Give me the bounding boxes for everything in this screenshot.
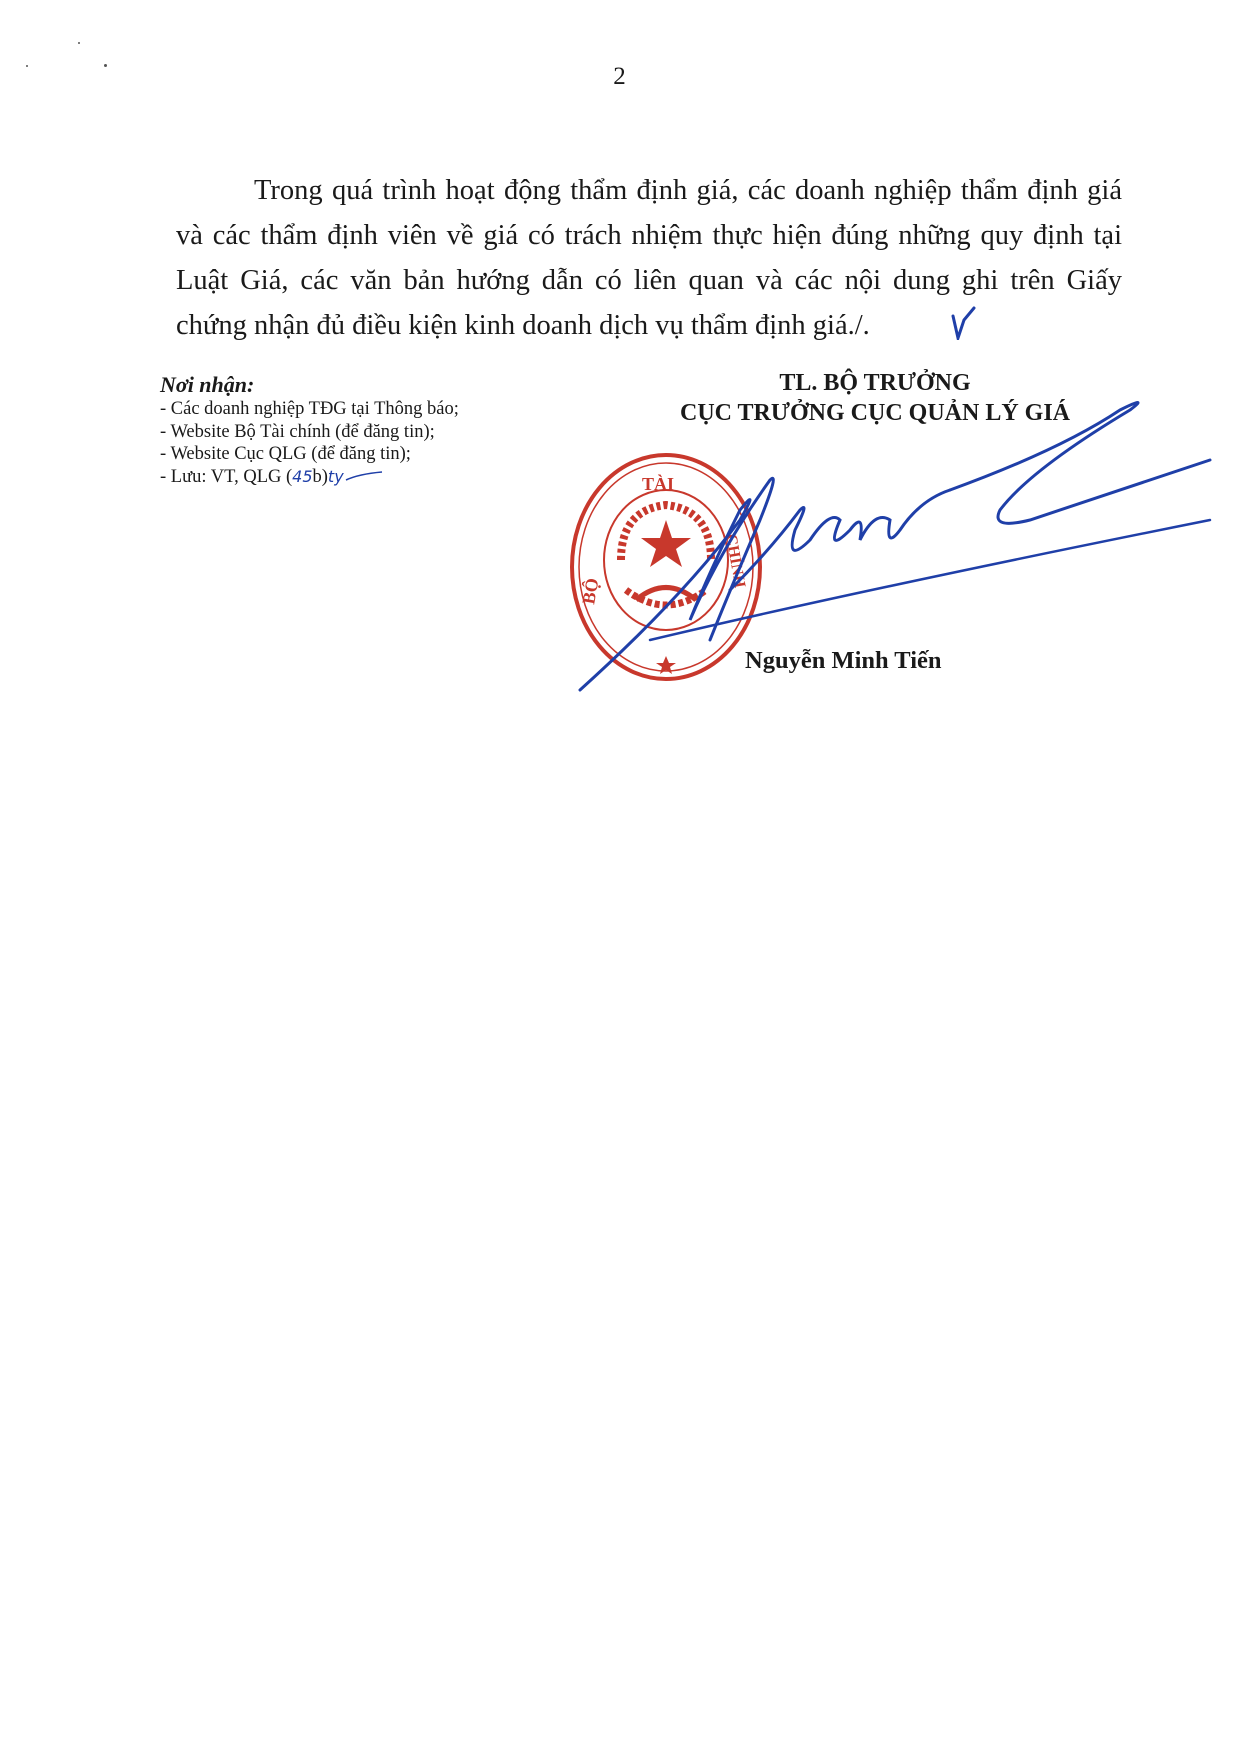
recipients-title: Nơi nhận: bbox=[160, 372, 580, 398]
checkmark-icon bbox=[872, 306, 976, 354]
recipients-list: Nơi nhận: - Các doanh nghiệp TĐG tại Thô… bbox=[160, 372, 580, 488]
initials-stroke-icon bbox=[344, 470, 384, 484]
handwritten-initials: ty bbox=[328, 467, 344, 486]
page-number: 2 bbox=[0, 63, 1239, 91]
recipient-item: - Các doanh nghiệp TĐG tại Thông báo; bbox=[160, 398, 580, 421]
handwritten-count: 45 bbox=[292, 467, 312, 486]
body-paragraph: Trong quá trình hoạt động thẩm định giá,… bbox=[176, 168, 1122, 354]
signer-name: Nguyễn Minh Tiến bbox=[745, 647, 942, 675]
recipient-item: - Website Cục QLG (để đăng tin); bbox=[160, 443, 580, 466]
body-paragraph-text: Trong quá trình hoạt động thẩm định giá,… bbox=[176, 175, 1122, 341]
recipient-item: - Website Bộ Tài chính (để đăng tin); bbox=[160, 421, 580, 444]
recipient-archive: - Lưu: VT, QLG (45b)ty bbox=[160, 466, 580, 489]
